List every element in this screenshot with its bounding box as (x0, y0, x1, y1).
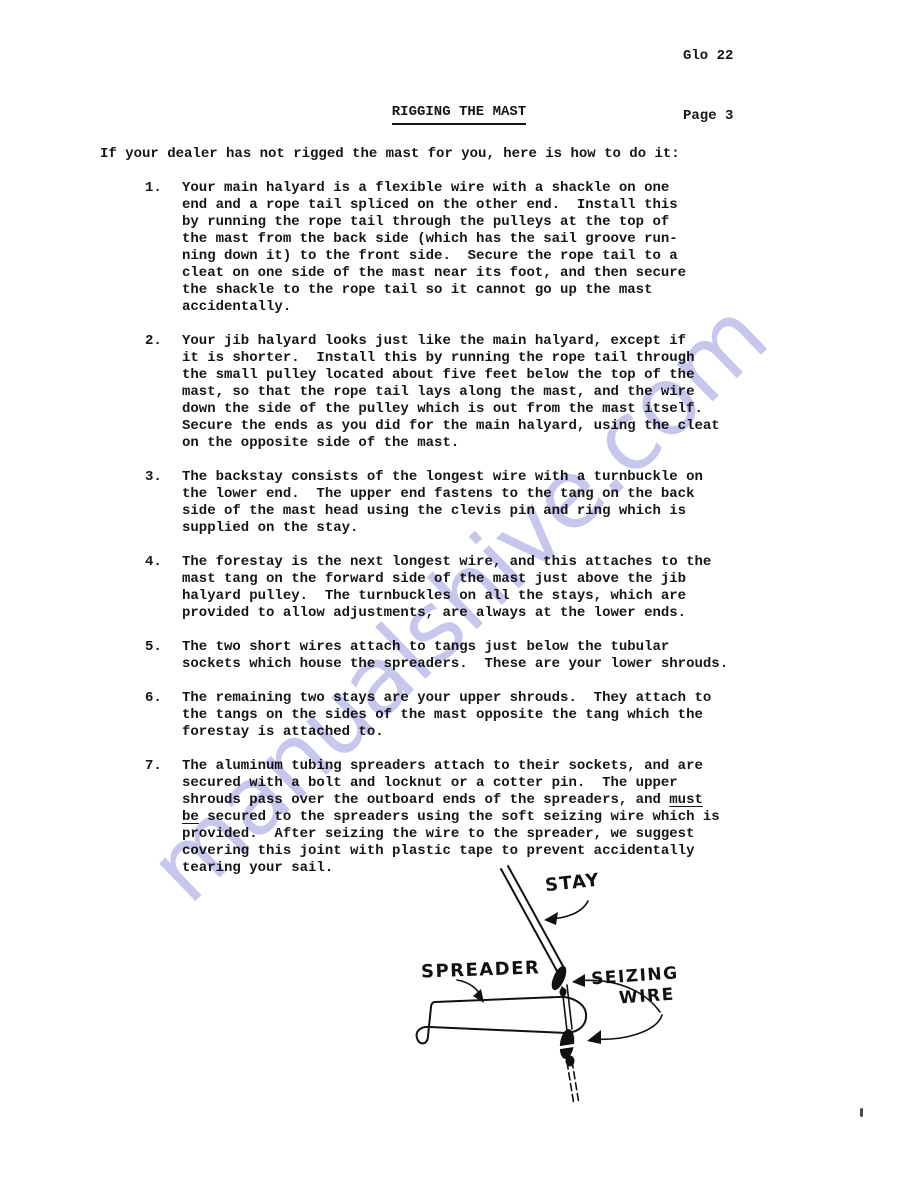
stay-arrow (544, 901, 588, 925)
list-item-text: The remaining two stays are your upper s… (182, 690, 711, 741)
scanned-manual-page: Glo 22 Page 3 RIGGING THE MAST If your d… (0, 0, 918, 1188)
list-item: 5.The two short wires attach to tangs ju… (145, 639, 765, 673)
seizing-wrap-upper (549, 964, 570, 997)
list-item-text: The two short wires attach to tangs just… (182, 639, 728, 673)
list-item: 2.Your jib halyard looks just like the m… (145, 333, 765, 452)
list-item-number: 2. (145, 333, 182, 452)
list-item-number: 3. (145, 469, 182, 537)
list-item-number: 4. (145, 554, 182, 622)
seizing-wire-label-line2: WIRE (618, 985, 675, 1009)
model-label: Glo 22 (683, 46, 733, 66)
title-row: RIGGING THE MAST (0, 104, 918, 125)
page-title: RIGGING THE MAST (392, 104, 526, 125)
spreader-arrow (457, 980, 484, 1003)
stay-label: STAY (544, 870, 601, 897)
list-item: 4.The forestay is the next longest wire,… (145, 554, 765, 622)
list-item-number: 1. (145, 180, 182, 316)
list-item-number: 5. (145, 639, 182, 673)
rigging-diagram: STAY SPREADER SEIZING WIRE (395, 855, 705, 1115)
list-item-text: The forestay is the next longest wire, a… (182, 554, 711, 622)
list-item: 1.Your main halyard is a flexible wire w… (145, 180, 765, 316)
intro-line: If your dealer has not rigged the mast f… (100, 146, 680, 163)
page-corner-header: Glo 22 Page 3 (683, 6, 733, 166)
spreader-label: SPREADER (421, 957, 541, 982)
scan-speck (860, 1108, 863, 1117)
list-item-text: Your jib halyard looks just like the mai… (182, 333, 720, 452)
rigging-list: 1.Your main halyard is a flexible wire w… (145, 180, 765, 894)
seizing-wrap-lower (557, 1028, 577, 1066)
spreader-tube (417, 997, 586, 1044)
list-item-number: 6. (145, 690, 182, 741)
stay-wire-lower (567, 1061, 579, 1105)
list-item-text: Your main halyard is a flexible wire wit… (182, 180, 686, 316)
list-item: 3.The backstay consists of the longest w… (145, 469, 765, 537)
list-item: 6.The remaining two stays are your upper… (145, 690, 765, 741)
list-item-number: 7. (145, 758, 182, 877)
list-item-text: The backstay consists of the longest wir… (182, 469, 703, 537)
seizing-arrow-lower (587, 1015, 662, 1044)
